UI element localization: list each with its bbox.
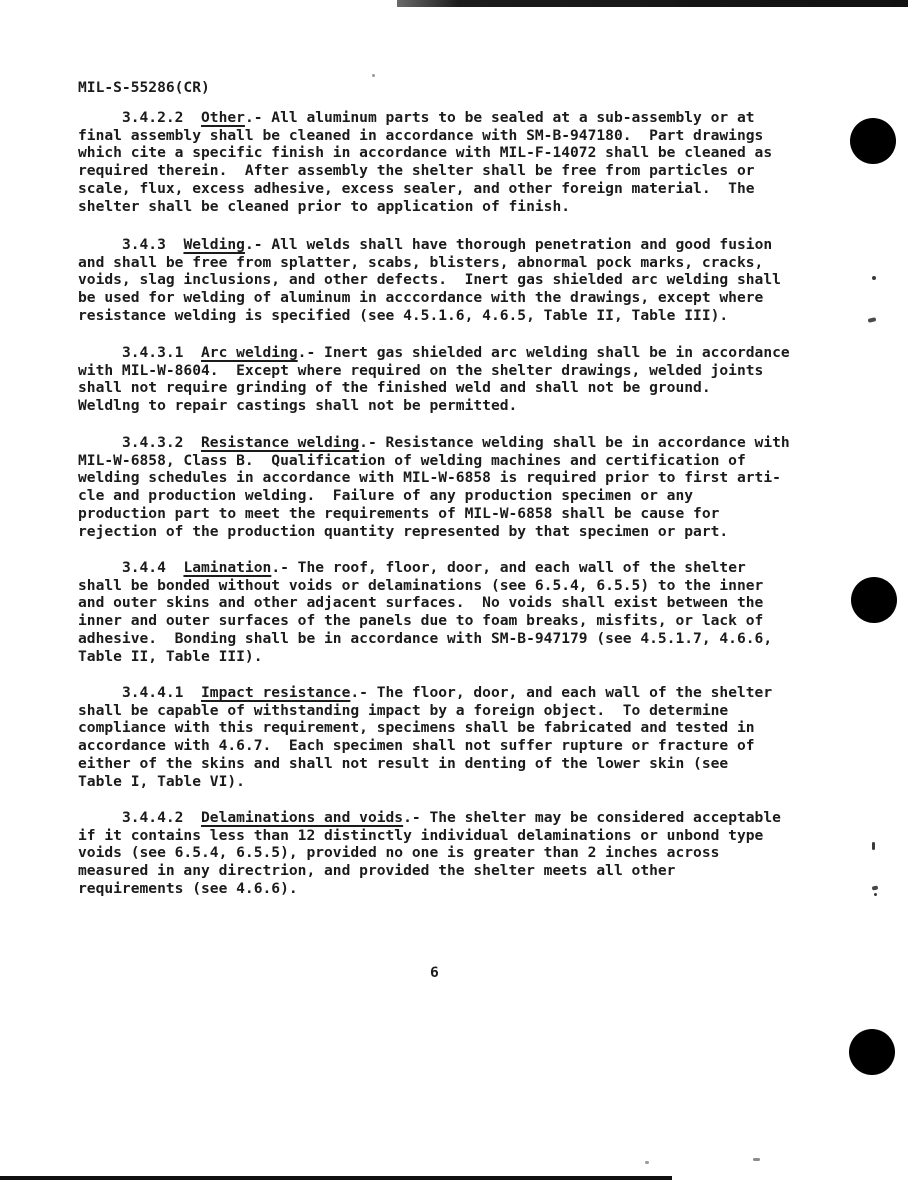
paragraph-title: Impact resistance: [201, 684, 350, 701]
scan-speck: [372, 74, 375, 77]
paragraph-lead: 3.4.3.1: [78, 344, 201, 361]
registration-dot-middle: [851, 577, 897, 623]
paragraph-lead: 3.4.4: [78, 559, 183, 576]
scanned-document-page: MIL-S-55286(CR) 3.4.2.2 Other.- All alum…: [0, 0, 908, 1184]
scan-speck: [872, 276, 876, 280]
scan-speck: [872, 885, 879, 890]
scan-speck: [753, 1158, 760, 1161]
paragraph-lead: 3.4.4.1: [78, 684, 201, 701]
spec-paragraph-3-4-3: 3.4.3 Welding.- All welds shall have tho…: [78, 236, 822, 325]
paragraph-title: Arc welding: [201, 344, 298, 361]
scan-artifact-bottom-line: [0, 1176, 672, 1180]
registration-dot-bottom: [849, 1029, 895, 1075]
scan-artifact-top-line: [397, 0, 908, 7]
registration-dot-top: [850, 118, 896, 164]
document-id-header: MIL-S-55286(CR): [78, 79, 822, 97]
paragraph-title: Lamination: [183, 559, 271, 576]
paragraph-title: Welding: [183, 236, 245, 253]
scan-speck: [645, 1161, 649, 1164]
spec-paragraph-3-4-3-1: 3.4.3.1 Arc welding.- Inert gas shielded…: [78, 344, 822, 415]
spec-paragraph-3-4-4: 3.4.4 Lamination.- The roof, floor, door…: [78, 559, 822, 665]
page-number: 6: [430, 964, 460, 982]
paragraph-title: Resistance welding: [201, 434, 359, 451]
paragraph-lead: 3.4.3: [78, 236, 183, 253]
spec-paragraph-3-4-3-2: 3.4.3.2 Resistance welding.- Resistance …: [78, 434, 822, 540]
paragraph-lead: 3.4.2.2: [78, 109, 201, 126]
paragraph-title: Delaminations and voids: [201, 809, 403, 826]
scan-speck: [872, 842, 875, 850]
scan-speck: [868, 317, 877, 323]
spec-paragraph-3-4-4-1: 3.4.4.1 Impact resistance.- The floor, d…: [78, 684, 822, 790]
paragraph-lead: 3.4.3.2: [78, 434, 201, 451]
paragraph-lead: 3.4.4.2: [78, 809, 201, 826]
scan-speck: [874, 893, 877, 896]
spec-paragraph-3-4-2-2: 3.4.2.2 Other.- All aluminum parts to be…: [78, 109, 822, 215]
paragraph-title: Other: [201, 109, 245, 126]
spec-paragraph-3-4-4-2: 3.4.4.2 Delaminations and voids.- The sh…: [78, 809, 822, 898]
